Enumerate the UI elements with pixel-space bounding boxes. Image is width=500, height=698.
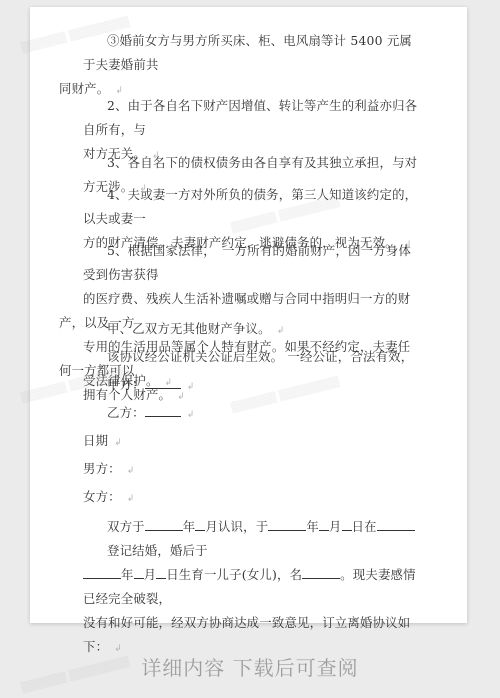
text-line: 4、夫或妻一方对外所负的债务，第三人知道该约定的，以夫或妻一 [83, 187, 417, 226]
paragraph-mark-icon: ↲ [187, 382, 195, 392]
signature-party-a: 甲方：↲ [107, 373, 195, 399]
text-line: 年月日生育一儿子(女儿)，名。现夫妻感情已经完全破裂， [83, 563, 418, 611]
male-party-field: 男方：↲ [83, 457, 135, 483]
paragraph-mark-icon: ↲ [187, 410, 195, 420]
blank-year-married [268, 518, 306, 531]
female-label: 女方： [83, 489, 121, 504]
paragraph-mark-icon: ↲ [114, 438, 122, 448]
blank-month-married [319, 518, 329, 531]
blank-child-name [302, 566, 340, 579]
text-line: 5、根据国家法律， 一方所有的婚前财产，因一方身体受到伤害获得 [83, 243, 411, 282]
party-a-signature-line [145, 376, 181, 389]
blank-month-met [195, 518, 205, 531]
party-a-label: 甲方： [107, 377, 145, 392]
blank-registration-place [377, 518, 415, 531]
date-label: 日期 [83, 433, 108, 448]
download-to-view-cta[interactable]: 详细内容 下载后可查阅 [0, 652, 500, 681]
blank-birth-month [134, 566, 144, 579]
paragraph-marriage-history: 双方于年月认识，于年月日在登记结婚，婚后于 年月日生育一儿子(女儿)，名。现夫妻… [83, 515, 418, 661]
male-label: 男方： [83, 461, 121, 476]
document-page: ③婚前女方与男方所买床、柜、电风扇等计 5400 元属于夫妻婚前共 同财产。↲ … [30, 7, 467, 623]
paragraph-mark-icon: ↲ [127, 494, 135, 504]
blank-day-married [342, 518, 352, 531]
party-b-label: 乙方： [107, 405, 145, 420]
blank-birth-year [83, 566, 121, 579]
text-line: 甲、乙双方无其他财产争议。 [107, 321, 271, 336]
blank-year-met [145, 518, 183, 531]
signature-party-b: 乙方：↲ [107, 401, 195, 427]
blank-birth-day [156, 566, 166, 579]
party-b-signature-line [145, 404, 181, 417]
paragraph-mark-icon: ↲ [277, 326, 285, 336]
text-line: 2、由于各自名下财产因增值、转让等产生的利益亦归各自所有，与 [83, 98, 417, 137]
paragraph-mark-icon: ↲ [127, 466, 135, 476]
text-line: ③婚前女方与男方所买床、柜、电风扇等计 5400 元属于夫妻婚前共 [83, 33, 412, 72]
female-party-field: 女方：↲ [83, 485, 135, 511]
paragraph-no-dispute: 甲、乙双方无其他财产争议。↲ [83, 317, 284, 343]
paragraph-prenuptial-property: ③婚前女方与男方所买床、柜、电风扇等计 5400 元属于夫妻婚前共 同财产。↲ [83, 29, 418, 103]
text-line: 双方于年月认识，于年月日在登记结婚，婚后于 [83, 515, 418, 563]
date-field: 日期↲ [83, 429, 122, 455]
